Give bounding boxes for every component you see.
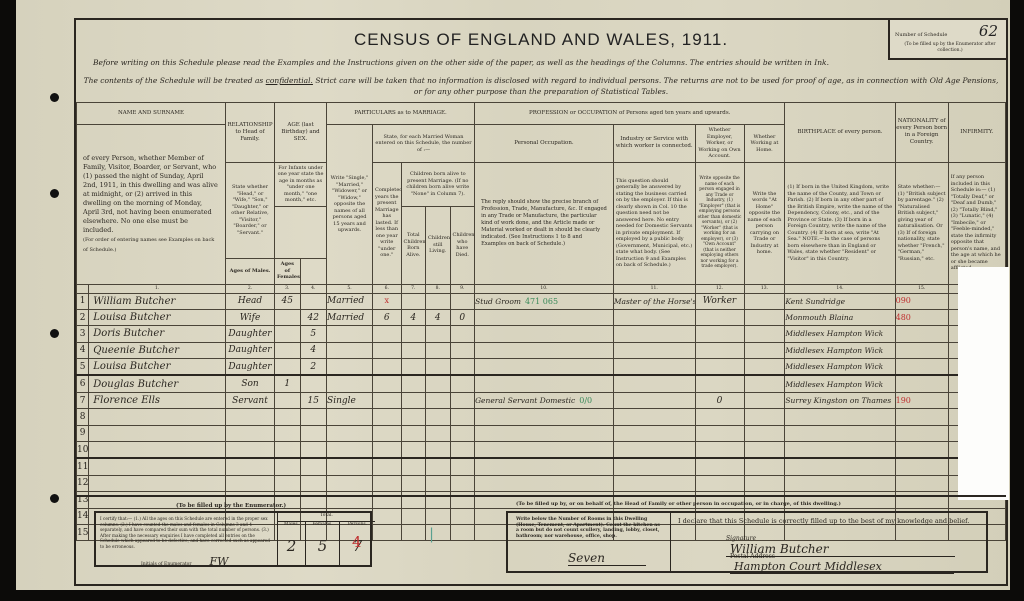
personal-occupation [475,326,614,342]
header-employer: Whether Employer, Worker, or Working on … [695,125,744,163]
person-name: William Butcher [89,293,226,309]
person-name: Douglas Butcher [89,375,226,392]
personal-occupation [475,342,614,358]
age-females-header: Ages of Females. [275,258,301,284]
working-at-home [744,342,785,358]
table-row: 6Douglas ButcherSon1Middlesex Hampton Wi… [77,375,1006,392]
header-occupation: PROFESSION or OCCUPATION of Persons aged… [475,103,785,125]
declaration: I declare that this Schedule is correctl… [678,517,969,525]
personal-occupation [475,309,614,325]
children-living-header: Children still Living. [426,206,450,284]
redacted-infirmity-area [958,267,1009,500]
row-number: 4 [77,342,89,358]
marital-status [327,375,373,392]
children-died [450,293,475,309]
nationality [895,458,948,475]
marital-status [327,359,373,376]
age-males-header: Ages of Males. [226,258,275,284]
children-total [401,442,425,459]
years-married [372,425,401,441]
punch-hole [50,93,59,102]
age-female: 2 [300,359,327,376]
birthplace: Middlesex Hampton Wick [785,342,895,358]
schedule-number-box: Number of Schedule 62 (To be filled up b… [888,18,1008,60]
children-died [450,458,475,475]
industry: Master of the Horse's Deptx 465 [613,293,695,309]
table-row: 10 [77,442,1006,459]
age-female [300,375,327,392]
table-row: 12 [77,475,1006,491]
working-at-home [744,359,785,376]
personal-occupation [475,359,614,376]
person-name [89,475,226,491]
header-marriage: PARTICULARS as to MARRIAGE. [327,103,475,125]
relationship [226,442,275,459]
personal-occupation [475,475,614,491]
children-died-header: Children who have Died. [450,206,475,284]
children-total-header: Total Children Born Alive. [401,206,425,284]
industry [613,342,695,358]
years-married [372,458,401,475]
birthplace: Middlesex Hampton Wick [785,359,895,376]
years-married [372,326,401,342]
nationality [895,409,948,425]
row-number: 6 [77,375,89,392]
working-at-home [744,425,785,441]
head-of-family-caption: (To be filled up by, or on behalf of, th… [516,501,841,507]
relationship: Servant [226,392,275,408]
marital-status: Married [327,293,373,309]
children-living [426,475,450,491]
age-female [300,458,327,475]
years-married [372,375,401,392]
employment-status [695,409,744,425]
person-name: Florence Ells [89,392,226,408]
children-living [426,409,450,425]
years-married [372,392,401,408]
person-name [89,409,226,425]
birthplace: Surrey Kingston on Thames [785,392,895,408]
children-total [401,458,425,475]
employment-status [695,425,744,441]
industry [613,409,695,425]
row-number: 10 [77,442,89,459]
table-row: 3Doris ButcherDaughter5Middlesex Hampton… [77,326,1006,342]
birthplace [785,409,895,425]
age-male: 45 [275,293,301,309]
marital-status [327,342,373,358]
birthplace: Kent Sundridge [785,293,895,309]
industry [613,442,695,459]
name-description: of every Person, whether Member of Famil… [77,125,226,285]
table-row: 7Florence EllsServant15SingleGeneral Ser… [77,392,1006,408]
postal-address: Hampton Court Middlesex [730,560,954,574]
schedule-number: 62 [979,22,998,40]
children-living [426,375,450,392]
years-married [372,342,401,358]
person-name: Louisa Butcher [89,309,226,325]
years-married-description: Completed years the present Marriage has… [372,162,401,284]
age-female [300,442,327,459]
relationship: Head [226,293,275,309]
employment-status [695,375,744,392]
industry [613,392,695,408]
header-birthplace: BIRTHPLACE of every person. [785,103,895,163]
employment-status: Worker [695,293,744,309]
years-married [372,442,401,459]
age-male [275,309,301,325]
age-male [275,442,301,459]
table-row: 1William ButcherHead45MarriedxStud Groom… [77,293,1006,309]
age-description: For Infants under one year state the age… [275,162,327,206]
years-married [372,475,401,491]
row-number: 3 [77,326,89,342]
header-relationship: RELATIONSHIP to Head of Family. [226,103,275,163]
industry [613,475,695,491]
row-number: 12 [77,475,89,491]
nationality [895,342,948,358]
marital-status [327,326,373,342]
years-married [372,359,401,376]
header-nationality: NATIONALITY of every Person born in a Fo… [895,103,948,163]
age-male [275,409,301,425]
children-total [401,342,425,358]
working-at-home [744,375,785,392]
children-total [401,326,425,342]
nationality [895,442,948,459]
person-name [89,458,226,475]
person-name [89,442,226,459]
employment-status: 0 [695,392,744,408]
children-died [450,442,475,459]
enumerator-certification: I certify that:— (1.) All the ages on th… [100,516,275,550]
relationship [226,475,275,491]
employment-status [695,309,744,325]
employment-status [695,342,744,358]
age-male [275,342,301,358]
table-row: 9 [77,425,1006,441]
employment-status [695,458,744,475]
person-name: Louisa Butcher [89,359,226,376]
rooms-instruction: Write below the Number of Rooms in this … [516,517,661,539]
age-female [300,475,327,491]
confidentiality-notice: The contents of the Schedule will be tre… [82,75,1000,97]
nationality [895,359,948,376]
personal-occupation-description: The reply should show the precise branch… [475,162,614,284]
schedule-number-label: Number of Schedule [895,32,947,38]
children-died [450,326,475,342]
relationship: Son [226,375,275,392]
header-infirmity: INFIRMITY. [948,103,1005,163]
nationality [895,425,948,441]
birthplace [785,442,895,459]
industry [613,458,695,475]
row-number: 2 [77,309,89,325]
relationship [226,458,275,475]
nationality: 090 [895,293,948,309]
years-married: x [372,293,401,309]
total-females: Females.5 [306,521,340,566]
header-name: NAME AND SURNAME [77,103,226,125]
relationship: Daughter [226,326,275,342]
enumerator-caption: (To be filled up by the Enumerator.) [176,503,286,509]
working-at-home [744,442,785,459]
relationship [226,425,275,441]
children-living [426,442,450,459]
total-males: Males.2 [278,521,306,566]
working-at-home [744,293,785,309]
form-frame: CENSUS OF ENGLAND AND WALES, 1911. Befor… [74,18,1008,586]
age-male: 1 [275,375,301,392]
table-row: 11 [77,458,1006,475]
green-annotation: | [429,525,434,543]
children-total [401,392,425,408]
table-row: 8 [77,409,1006,425]
children-died [450,475,475,491]
working-at-home [744,392,785,408]
marital-status [327,458,373,475]
children-living [426,458,450,475]
personal-occupation [475,458,614,475]
industry [613,375,695,392]
marital-status [327,442,373,459]
relationship-description: State whether "Head," or "Wife," "Son," … [226,162,275,258]
person-name: Queenie Butcher [89,342,226,358]
nationality: 480 [895,309,948,325]
children-total [401,409,425,425]
personal-occupation: General Servant Domestic0/0 [475,392,614,408]
working-at-home [744,458,785,475]
header-personal-occupation: Personal Occupation. [475,125,614,163]
relationship: Daughter [226,359,275,376]
children-living [426,342,450,358]
children-total [401,425,425,441]
children-born-description: Children born alive to present Marriage.… [401,162,475,206]
employment-status [695,359,744,376]
personal-occupation: Stud Groom471 065 [475,293,614,309]
header-industry: Industry or Service with which worker is… [613,125,695,163]
children-died [450,425,475,441]
industry [613,309,695,325]
age-female: 42 [300,309,327,325]
age-female [300,293,327,309]
birthplace: Monmouth Blaina [785,309,895,325]
age-male [275,425,301,441]
years-married: 6 [372,309,401,325]
punch-hole [50,494,59,503]
working-at-home [744,475,785,491]
table-row: 5Louisa ButcherDaughter2Middlesex Hampto… [77,359,1006,376]
children-died [450,359,475,376]
children-died [450,342,475,358]
birthplace: Middlesex Hampton Wick [785,375,895,392]
age-male [275,359,301,376]
age-male [275,326,301,342]
postal-address-line: Postal Address Hampton Court Middlesex [730,553,986,574]
column-numbers-row: 1. 2. 3. 4. 5. 6. 7. 8. 9. 10. 11. 12. 1… [77,284,1006,293]
nationality [895,475,948,491]
working-at-home [744,409,785,425]
header-age: AGE (last Birthday) and SEX. [275,103,327,163]
age-male [275,458,301,475]
page-title: CENSUS OF ENGLAND AND WALES, 1911. [76,30,1006,50]
marital-status [327,475,373,491]
age-female [300,425,327,441]
children-total [401,475,425,491]
row-number: 5 [77,359,89,376]
age-female [300,409,327,425]
census-sheet: CENSUS OF ENGLAND AND WALES, 1911. Befor… [16,0,1010,590]
children-living [426,392,450,408]
children-total: 4 [401,309,425,325]
personal-occupation [475,442,614,459]
age-female: 5 [300,326,327,342]
table-row: 4Queenie ButcherDaughter4Middlesex Hampt… [77,342,1006,358]
employer-description: Write opposite the name of each person e… [695,162,744,284]
relationship [226,409,275,425]
nationality [895,375,948,392]
industry [613,326,695,342]
census-table: NAME AND SURNAME RELATIONSHIP to Head of… [76,102,1006,541]
person-name [89,425,226,441]
working-at-home [744,326,785,342]
enumerator-box: I certify that:— (1.) All the ages on th… [94,511,372,567]
relationship: Wife [226,309,275,325]
working-at-home [744,309,785,325]
punch-hole [50,329,59,338]
children-total [401,359,425,376]
employment-status [695,442,744,459]
rooms-count: Seven [568,551,646,566]
children-living [426,293,450,309]
birthplace [785,425,895,441]
row-number: 7 [77,392,89,408]
footer-section: (To be filled up by the Enumerator.) I c… [76,495,1006,586]
marital-status: Single [327,392,373,408]
rooms-section: Write below the Number of Rooms in this … [508,513,671,571]
row-number: 11 [77,458,89,475]
instruction-line: Before writing on this Schedule please r… [76,58,846,67]
industry-description: This question should generally be answer… [613,162,695,284]
birthplace-description: (1) If born in the United Kingdom, write… [785,162,895,284]
header-at-home: Whether Working at Home. [744,125,785,163]
children-total [401,293,425,309]
industry [613,425,695,441]
children-living [426,425,450,441]
age-female: 4 [300,342,327,358]
at-home-description: Write the words "At Home" opposite the n… [744,162,785,284]
marital-status [327,409,373,425]
children-died [450,375,475,392]
industry [613,359,695,376]
nationality [895,326,948,342]
marital-description: Write "Single," "Married," "Widower," or… [327,125,373,285]
age-male [275,475,301,491]
table-row: 2Louisa ButcherWife42Married6440Monmouth… [77,309,1006,325]
employment-status [695,326,744,342]
birthplace [785,458,895,475]
children-died: 0 [450,309,475,325]
marital-status [327,425,373,441]
children-living [426,326,450,342]
infirmity-description: If any person included in this Schedule … [948,162,1005,284]
marital-status: Married [327,309,373,325]
row-number: 8 [77,409,89,425]
employment-status [695,475,744,491]
years-married [372,409,401,425]
children-living [426,359,450,376]
row-number: 9 [77,425,89,441]
red-annotation: 4 [352,533,362,551]
children-died [450,409,475,425]
head-of-family-box: Write below the Number of Rooms in this … [506,511,988,573]
nationality: 190 [895,392,948,408]
enumerator-initials: Initials of EnumeratorFW [141,555,229,568]
punch-hole [50,189,59,198]
relationship: Daughter [226,342,275,358]
children-died [450,392,475,408]
married-woman-description: State, for each Married Woman entered on… [372,125,474,163]
person-name: Doris Butcher [89,326,226,342]
personal-occupation [475,409,614,425]
row-number: 1 [77,293,89,309]
children-living: 4 [426,309,450,325]
schedule-number-note: (To be filled up by the Enumerator after… [895,42,1005,54]
personal-occupation [475,375,614,392]
birthplace [785,475,895,491]
age-male [275,392,301,408]
birthplace: Middlesex Hampton Wick [785,326,895,342]
nationality-description: State whether:— (1) "British subject by … [895,162,948,284]
personal-occupation [475,425,614,441]
age-female: 15 [300,392,327,408]
children-total [401,375,425,392]
